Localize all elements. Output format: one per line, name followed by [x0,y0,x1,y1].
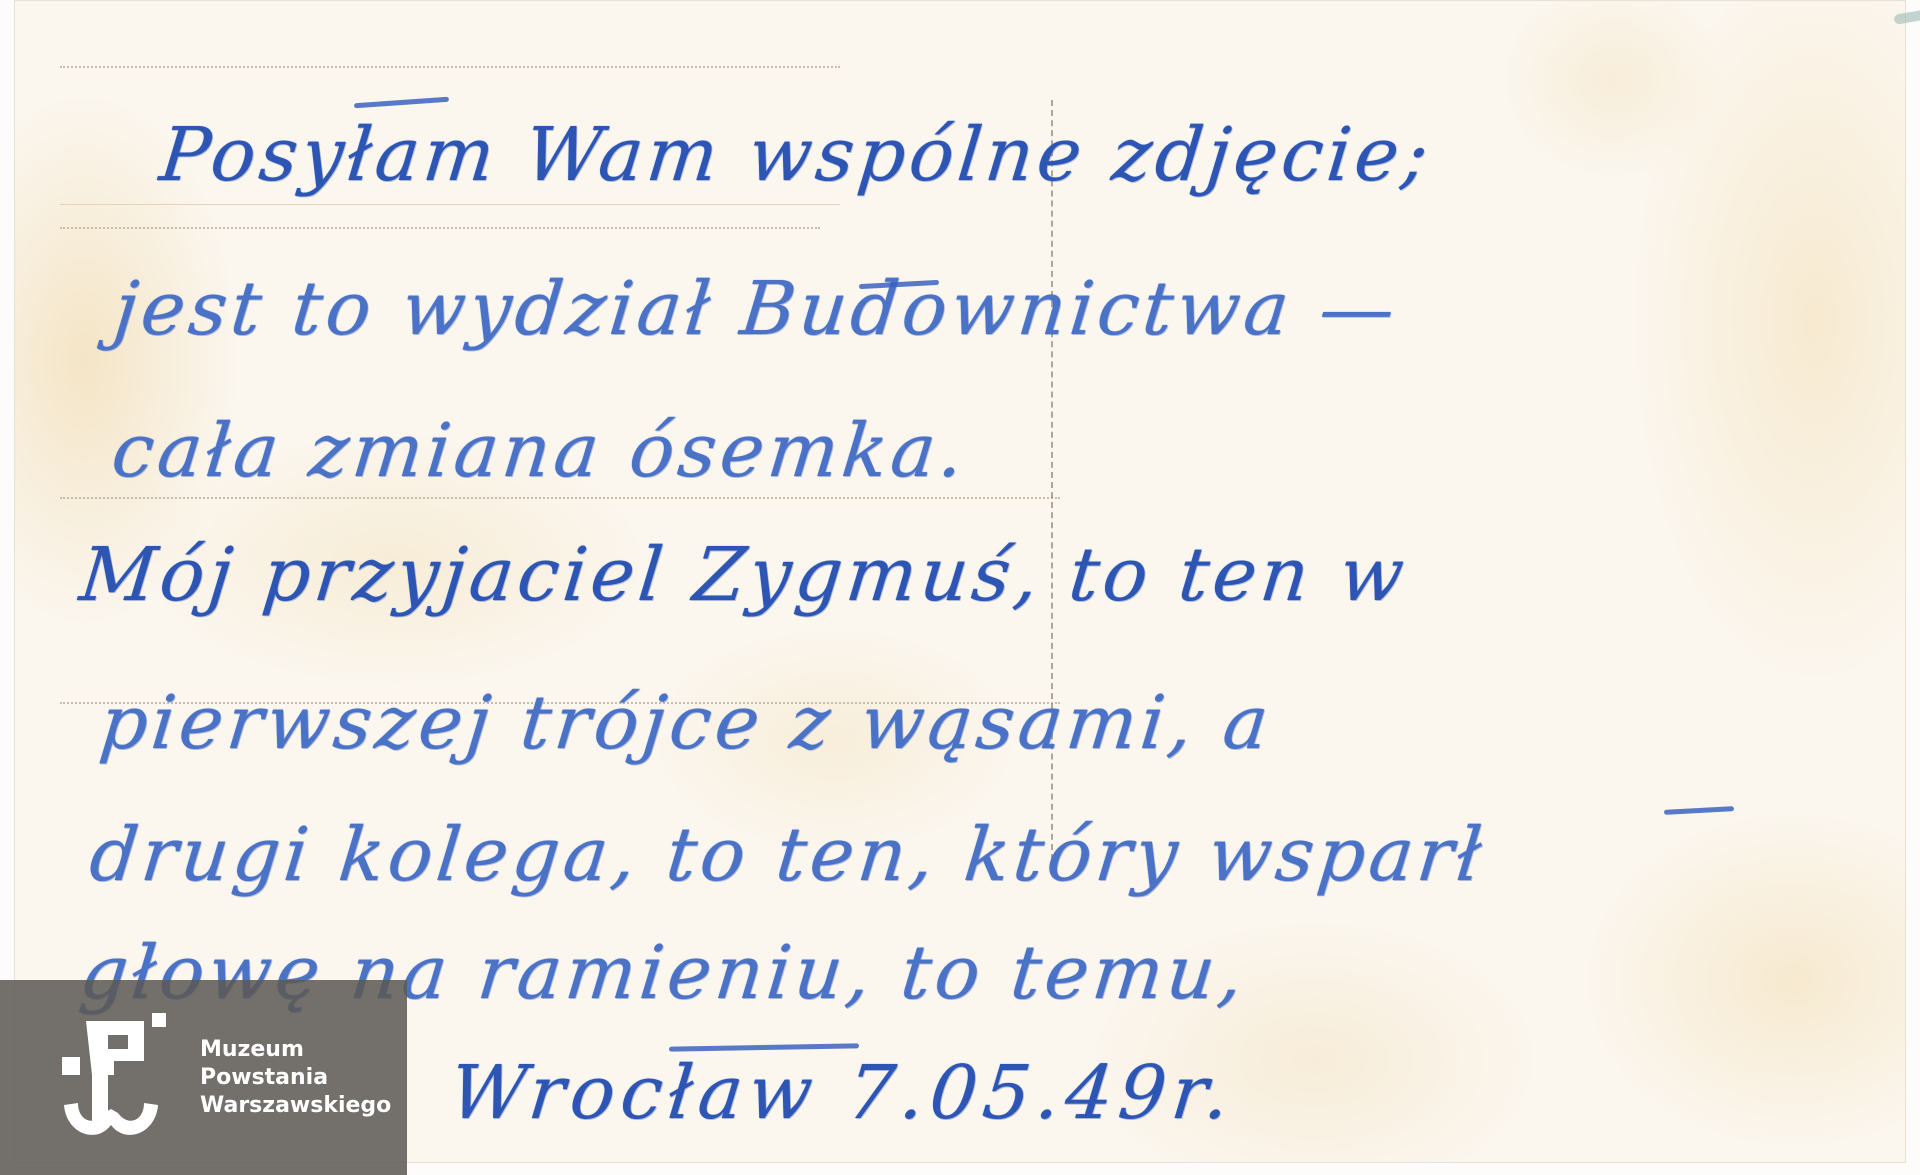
dotted-rule [60,227,820,229]
dotted-rule [60,66,840,68]
museum-name-line-1: Muzeum [200,1036,391,1064]
handwritten-line-5: pierwszej trójce z wąsami, a [96,680,1276,766]
museum-watermark: Muzeum Powstania Warszawskiego [0,980,407,1175]
handwritten-line-3: cała zmiana ósemka. [108,408,971,494]
museum-name-line-2: Powstania [200,1064,391,1092]
stroke-l-bar [354,97,449,109]
dotted-rule [60,497,1060,499]
museum-name: Muzeum Powstania Warszawskiego [200,1036,391,1120]
stroke-l-bar [1664,806,1734,815]
postcard-scan: Posyłam Wam wspólne zdjęcie; jest to wyd… [0,0,1920,1175]
handwritten-line-6: drugi kolega, to ten, który wsparł [86,812,1489,898]
ink-smudge [1893,9,1920,25]
handwritten-line-2: jest to wydział Budownictwa — [110,266,1402,352]
faint-rule [60,204,840,205]
handwritten-line-1: Posyłam Wam wspólne zdjęcie; [156,112,1436,198]
kotwica-anchor-icon [56,1013,166,1143]
handwritten-line-4: Mój przyjaciel Zygmuś, to ten w [76,532,1412,618]
handwritten-date-line: Wrocław 7.05.49r. [446,1050,1239,1136]
museum-name-line-3: Warszawskiego [200,1092,391,1120]
